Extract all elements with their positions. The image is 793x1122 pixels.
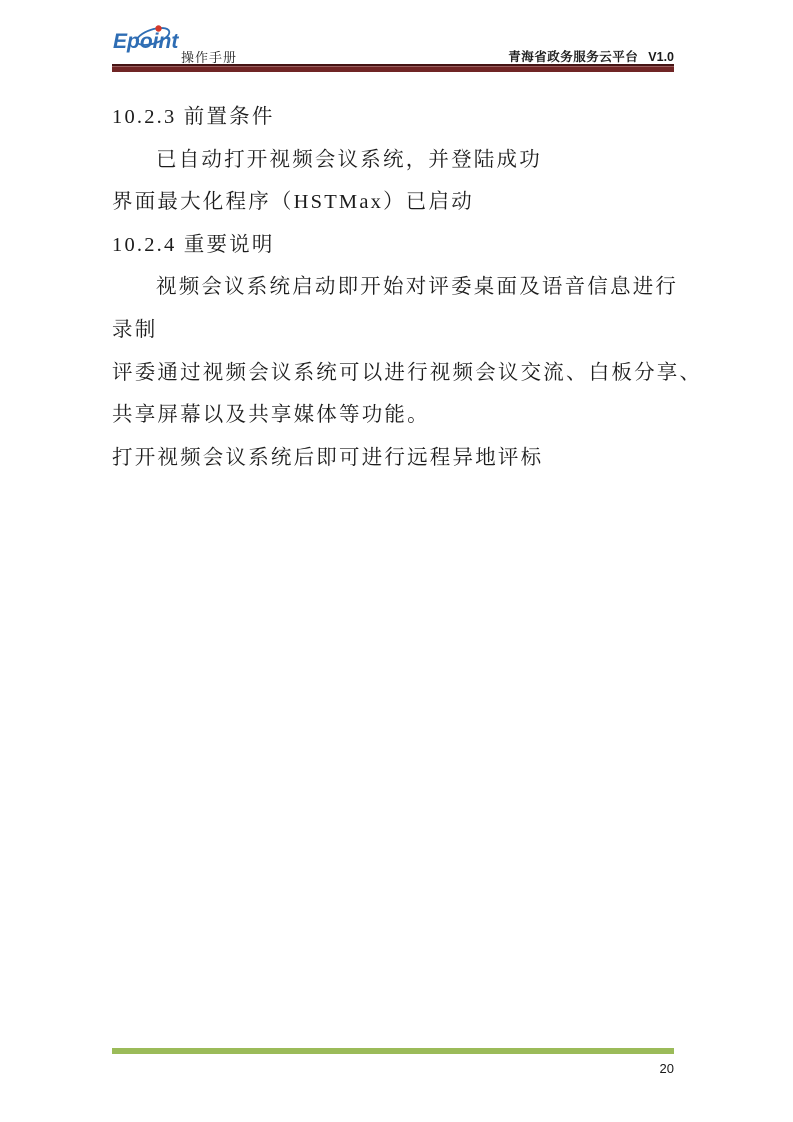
paragraph-line: 评委通过视频会议系统可以进行视频会议交流、白板分享、 [112,352,674,395]
header-right: 青海省政务服务云平台V1.0 [508,47,674,65]
header-rule [112,64,674,72]
section-heading: 10.2.3 前置条件 [112,96,674,139]
platform-label: 青海省政务服务云平台 [508,50,638,64]
version-label: V1.0 [648,50,674,64]
paragraph-line: 视频会议系统启动即开始对评委桌面及语音信息进行 [112,266,674,309]
document-body: 10.2.3 前置条件 已自动打开视频会议系统，并登陆成功 界面最大化程序（HS… [112,96,674,479]
paragraph-line: 共享屏幕以及共享媒体等功能。 [112,394,674,437]
paragraph-line: 界面最大化程序（HSTMax）已启动 [112,181,674,224]
logo-red-dot-icon [155,25,161,31]
paragraph-line: 打开视频会议系统后即可进行远程异地评标 [112,437,674,480]
section-heading: 10.2.4 重要说明 [112,224,674,267]
footer-rule [112,1048,674,1054]
manual-page: Epoint 操作手册 青海省政务服务云平台V1.0 10.2.3 前置条件 已… [0,0,793,1122]
page-number: 20 [660,1061,674,1076]
paragraph-line: 已自动打开视频会议系统，并登陆成功 [112,139,674,182]
paragraph-line: 录制 [112,309,674,352]
